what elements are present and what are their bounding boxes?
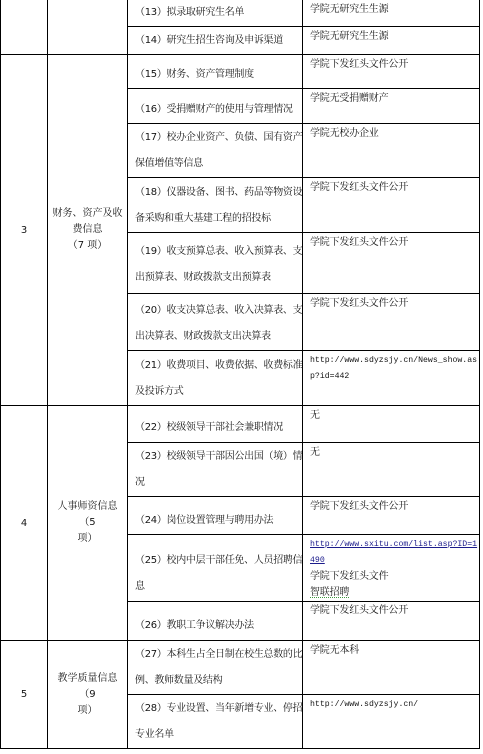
status-cell-25: http://www.sxitu.com/list.asp?ID=1490 学院… (303, 535, 480, 602)
status-cell-28: http://www.sdyzsjy.cn/ (303, 695, 480, 749)
group-label-cell: 教学质量信息（9 项） (48, 641, 128, 749)
item-cell-15: （15）财务、资产管理制度 (128, 55, 303, 89)
status-text: 学院下发红头文件公开 (310, 603, 479, 619)
group-number-cell: 4 (1, 406, 48, 641)
item-text: （27）本科生占全日制在校生总数的比 (135, 642, 302, 668)
item-cell-26: （26）教职工争议解决办法 (128, 602, 303, 641)
status-text: 学院下发红头文件公开 (310, 57, 479, 73)
group-number-cell: 5 (1, 641, 48, 749)
group-label-line: （7 项） (68, 238, 108, 254)
group-number: 4 (21, 518, 27, 529)
item-cell-19: （19）收支预算总表、收入预算表、支 出预算表、财政拨款支出预算表 (128, 233, 303, 294)
item-cell-27: （27）本科生占全日制在校生总数的比 例、教师数量及结构 (128, 641, 303, 695)
item-text: （25）校内中层干部任免、人员招聘信 (135, 548, 302, 574)
item-cell-13: （13）拟录取研究生名单 (128, 0, 303, 27)
status-text: 学院无研究生生源 (310, 2, 479, 18)
status-cell-27: 学院无本科 (303, 641, 480, 695)
group-number-cell: 3 (1, 55, 48, 406)
group-label-cell: 财务、资产及收 费信息 （7 项） (48, 55, 128, 406)
item-text: 及投诉方式 (135, 379, 302, 405)
status-cell-15: 学院下发红头文件公开 (303, 55, 480, 89)
item-text: （19）收支预算总表、收入预算表、支 (135, 239, 302, 265)
status-text: 学院下发红头文件公开 (310, 180, 479, 196)
school-url-text: http://www.sdyzsjy.cn/ (310, 697, 479, 713)
item-text: （23）校级领导干部因公出国（境）情 (135, 444, 302, 470)
item-cell-22: （22）校级领导干部社会兼职情况 (128, 406, 303, 443)
status-cell-22: 无 (303, 406, 480, 443)
item-text: （18）仪器设备、图书、药品等物资设 (135, 180, 302, 206)
status-cell-21: http://www.sdyzsjy.cn/News_show.asp?id=4… (303, 351, 480, 406)
item-cell-23: （23）校级领导干部因公出国（境）情 况 (128, 443, 303, 497)
group-label-line: 教学质量信息（9 (50, 671, 125, 703)
item-text: （17）校办企业资产、负债、国有资产 (135, 125, 302, 151)
status-text: 学院无研究生生源 (310, 29, 479, 45)
item-text: 保值增值等信息 (135, 151, 302, 177)
item-cell-14: （14）研究生招生咨询及申诉渠道 (128, 27, 303, 55)
group-number: 5 (21, 689, 27, 700)
item-text: （20）收支决算总表、收入决算表、支 (135, 298, 302, 324)
item-text: （22）校级领导干部社会兼职情况 (135, 415, 302, 441)
fee-url-text: http://www.sdyzsjy.cn/News_show.asp?id=4… (310, 353, 479, 385)
item-text: 专业名单 (135, 722, 302, 748)
item-text: （13）拟录取研究生名单 (135, 0, 302, 26)
group-number: 3 (21, 225, 27, 236)
group-number-cell (1, 0, 48, 55)
status-cell-14: 学院无研究生生源 (303, 27, 480, 55)
status-text: 学院下发红头文件 (310, 569, 479, 585)
group-label-line: 财务、资产及收 (53, 206, 123, 222)
item-text: （21）收费项目、收费依据、收费标准 (135, 353, 302, 379)
item-text: （28）专业设置、当年新增专业、停招 (135, 696, 302, 722)
item-text: 备采购和重大基建工程的招投标 (135, 206, 302, 232)
status-text: 学院无本科 (310, 643, 479, 659)
status-cell-13: 学院无研究生生源 (303, 0, 480, 27)
status-cell-23: 无 (303, 443, 480, 497)
item-cell-21: （21）收费项目、收费依据、收费标准 及投诉方式 (128, 351, 303, 406)
item-text: 息 (135, 574, 302, 600)
status-text: 无 (310, 408, 479, 424)
status-cell-16: 学院无受捐赠财产 (303, 89, 480, 124)
zhilian-recruitment-link[interactable]: 智联招聘 (310, 585, 479, 601)
group-label-line: 人事师资信息（5 (50, 499, 125, 531)
status-cell-20: 学院下发红头文件公开 (303, 294, 480, 351)
status-text: 学院无校办企业 (310, 126, 479, 142)
item-cell-18: （18）仪器设备、图书、药品等物资设 备采购和重大基建工程的招投标 (128, 178, 303, 233)
status-cell-17: 学院无校办企业 (303, 124, 480, 178)
item-cell-28: （28）专业设置、当年新增专业、停招 专业名单 (128, 695, 303, 749)
item-cell-25: （25）校内中层干部任免、人员招聘信 息 (128, 535, 303, 602)
status-text: 无 (310, 445, 479, 461)
status-cell-24: 学院下发红头文件公开 (303, 497, 480, 535)
recruitment-url-link[interactable]: http://www.sxitu.com/list.asp?ID=1490 (310, 537, 479, 569)
item-cell-24: （24）岗位设置管理与聘用办法 (128, 497, 303, 535)
status-text: 学院无受捐赠财产 (310, 91, 479, 107)
item-text: （15）财务、资产管理制度 (135, 62, 302, 88)
group-label-line: 项） (78, 703, 98, 719)
status-text: 学院下发红头文件公开 (310, 296, 479, 312)
item-text: 况 (135, 470, 302, 496)
item-cell-20: （20）收支决算总表、收入决算表、支 出决算表、财政拨款支出决算表 (128, 294, 303, 351)
item-text: （16）受捐赠财产的使用与管理情况 (135, 97, 302, 123)
status-text: 学院下发红头文件公开 (310, 235, 479, 251)
status-cell-19: 学院下发红头文件公开 (303, 233, 480, 294)
disclosure-table: （13）拟录取研究生名单 学院无研究生生源 （14）研究生招生咨询及申诉渠道 学… (0, 0, 480, 749)
item-text: （26）教职工争议解决办法 (135, 613, 302, 639)
item-cell-16: （16）受捐赠财产的使用与管理情况 (128, 89, 303, 124)
item-text: （24）岗位设置管理与聘用办法 (135, 508, 302, 534)
item-text: 出预算表、财政拨款支出预算表 (135, 265, 302, 291)
group-label-line: 项） (78, 531, 98, 547)
item-text: 出决算表、财政拨款支出决算表 (135, 324, 302, 350)
status-cell-26: 学院下发红头文件公开 (303, 602, 480, 641)
status-text: 学院下发红头文件公开 (310, 499, 479, 515)
group-label-line: 费信息 (73, 222, 103, 238)
group-label-cell (48, 0, 128, 55)
status-cell-18: 学院下发红头文件公开 (303, 178, 480, 233)
item-text: （14）研究生招生咨询及申诉渠道 (135, 28, 302, 54)
item-text: 例、教师数量及结构 (135, 668, 302, 694)
item-cell-17: （17）校办企业资产、负债、国有资产 保值增值等信息 (128, 124, 303, 178)
group-label-cell: 人事师资信息（5 项） (48, 406, 128, 641)
